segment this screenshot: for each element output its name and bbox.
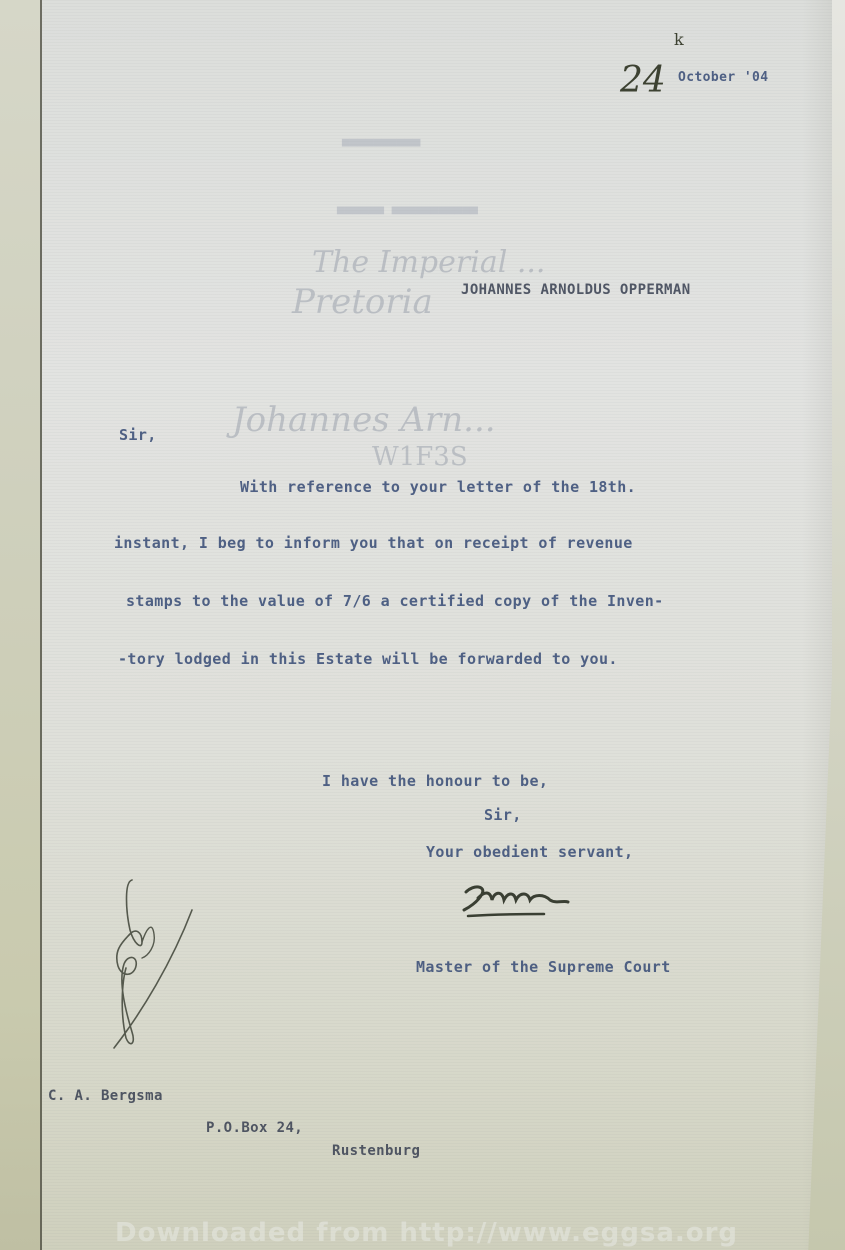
closing-line-3: Your obedient servant,: [426, 843, 633, 861]
body-line-3: stamps to the value of 7/6 a certified c…: [126, 592, 664, 610]
source-watermark: Downloaded from http://www.eggsa.org: [115, 1218, 738, 1248]
body-line-1: With reference to your letter of the 18t…: [240, 478, 636, 496]
letter-page: ▀▀▀▀▀▀▀▀▀▀ ▄▄▄▄▄▄ ▄▄▄▄▄▄▄▄▄▄▄ The Imperi…: [42, 0, 832, 1250]
date-day-handwritten: 24: [620, 60, 666, 101]
date-typed: October '04: [678, 70, 769, 85]
page-binding-edge: [40, 0, 42, 1250]
date-superscript-mark: k: [674, 30, 684, 49]
bleed-through-typed: ▄▄▄▄▄▄ ▄▄▄▄▄▄▄▄▄▄▄: [337, 200, 478, 215]
recipient-address-line-2: Rustenburg: [332, 1143, 420, 1159]
body-line-2: instant, I beg to inform you that on rec…: [114, 534, 633, 552]
bleed-through-handwriting-3: Johannes Arn...: [232, 400, 496, 440]
recipient-address-line-1: P.O.Box 24,: [206, 1120, 303, 1136]
bleed-through-handwriting-2: Pretoria: [292, 282, 433, 322]
bleed-through-handwriting-4: W1F3S: [372, 442, 468, 472]
bleed-through-letterhead: ▀▀▀▀▀▀▀▀▀▀: [342, 140, 420, 155]
binding-strip: [0, 0, 42, 1250]
closing-line-2: Sir,: [484, 806, 522, 824]
recipient-name: C. A. Bergsma: [48, 1088, 163, 1104]
closing-line-1: I have the honour to be,: [322, 772, 548, 790]
signatory-title: Master of the Supreme Court: [416, 958, 671, 976]
bleed-through-handwriting-1: The Imperial ...: [312, 245, 545, 280]
pencil-signature-icon: [102, 872, 212, 1052]
body-line-4: -tory lodged in this Estate will be forw…: [118, 650, 618, 668]
subject-line: JOHANNES ARNOLDUS OPPERMAN: [461, 282, 691, 298]
signature-initials-icon: [460, 878, 580, 928]
scan-scene: ▀▀▀▀▀▀▀▀▀▀ ▄▄▄▄▄▄ ▄▄▄▄▄▄▄▄▄▄▄ The Imperi…: [0, 0, 845, 1250]
salutation: Sir,: [119, 426, 157, 444]
